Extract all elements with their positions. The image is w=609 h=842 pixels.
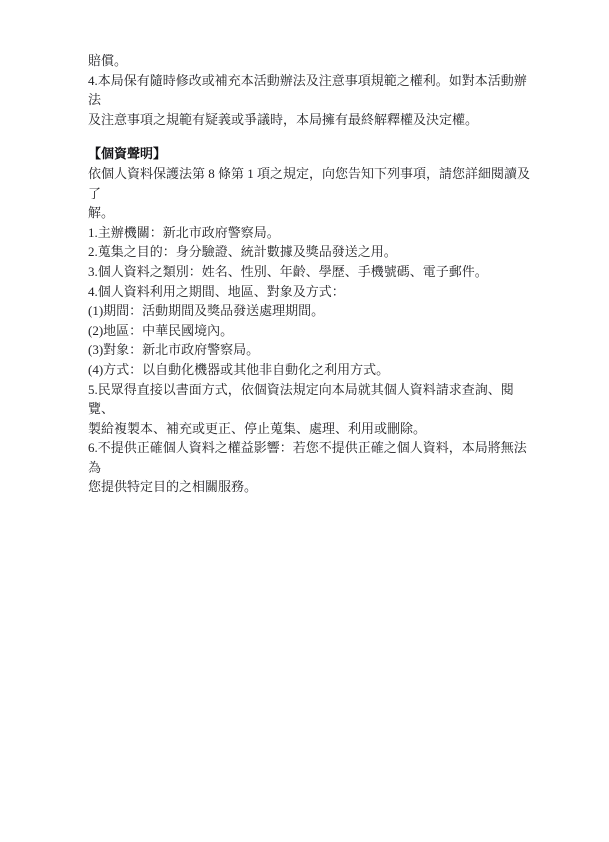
privacy-line: (3)對象：新北市政府警察局。	[88, 340, 533, 360]
privacy-line: 5.民眾得直接以書面方式，依個資法規定向本局就其個人資料請求查詢、閱覽、	[88, 380, 533, 419]
privacy-line: 製給複製本、補充或更正、停止蒐集、處理、利用或刪除。	[88, 419, 533, 439]
privacy-line: 4.個人資料利用之期間、地區、對象及方式：	[88, 282, 533, 302]
document-text-block: 賠償。 4.本局保有隨時修改或補充本活動辦法及注意事項規範之權利。如對本活動辦法…	[88, 51, 533, 497]
privacy-line: 解。	[88, 203, 533, 223]
privacy-line: (4)方式：以自動化機器或其他非自動化之利用方式。	[88, 360, 533, 380]
terms-line: 賠償。	[88, 51, 533, 71]
terms-line: 及注意事項之規範有疑義或爭議時，本局擁有最終解釋權及決定權。	[88, 110, 533, 130]
privacy-line: 6.不提供正確個人資料之權益影響：若您不提供正確之個人資料，本局將無法為	[88, 438, 533, 477]
privacy-line: (1)期間：活動期間及獎品發送處理期間。	[88, 301, 533, 321]
privacy-section-heading: 【個資聲明】	[88, 144, 533, 164]
privacy-line: 3.個人資料之類別：姓名、性別、年齡、學歷、手機號碼、電子郵件。	[88, 262, 533, 282]
privacy-line: (2)地區：中華民國境內。	[88, 321, 533, 341]
privacy-line: 依個人資料保護法第 8 條第 1 項之規定，向您告知下列事項，請您詳細閱讀及了	[88, 164, 533, 203]
privacy-line: 您提供特定目的之相關服務。	[88, 477, 533, 497]
privacy-line: 1.主辦機關：新北市政府警察局。	[88, 223, 533, 243]
document-page: 賠償。 4.本局保有隨時修改或補充本活動辦法及注意事項規範之權利。如對本活動辦法…	[0, 0, 609, 842]
terms-line: 4.本局保有隨時修改或補充本活動辦法及注意事項規範之權利。如對本活動辦法	[88, 71, 533, 110]
paragraph-spacer	[88, 129, 533, 144]
privacy-line: 2.蒐集之目的：身分驗證、統計數據及獎品發送之用。	[88, 242, 533, 262]
